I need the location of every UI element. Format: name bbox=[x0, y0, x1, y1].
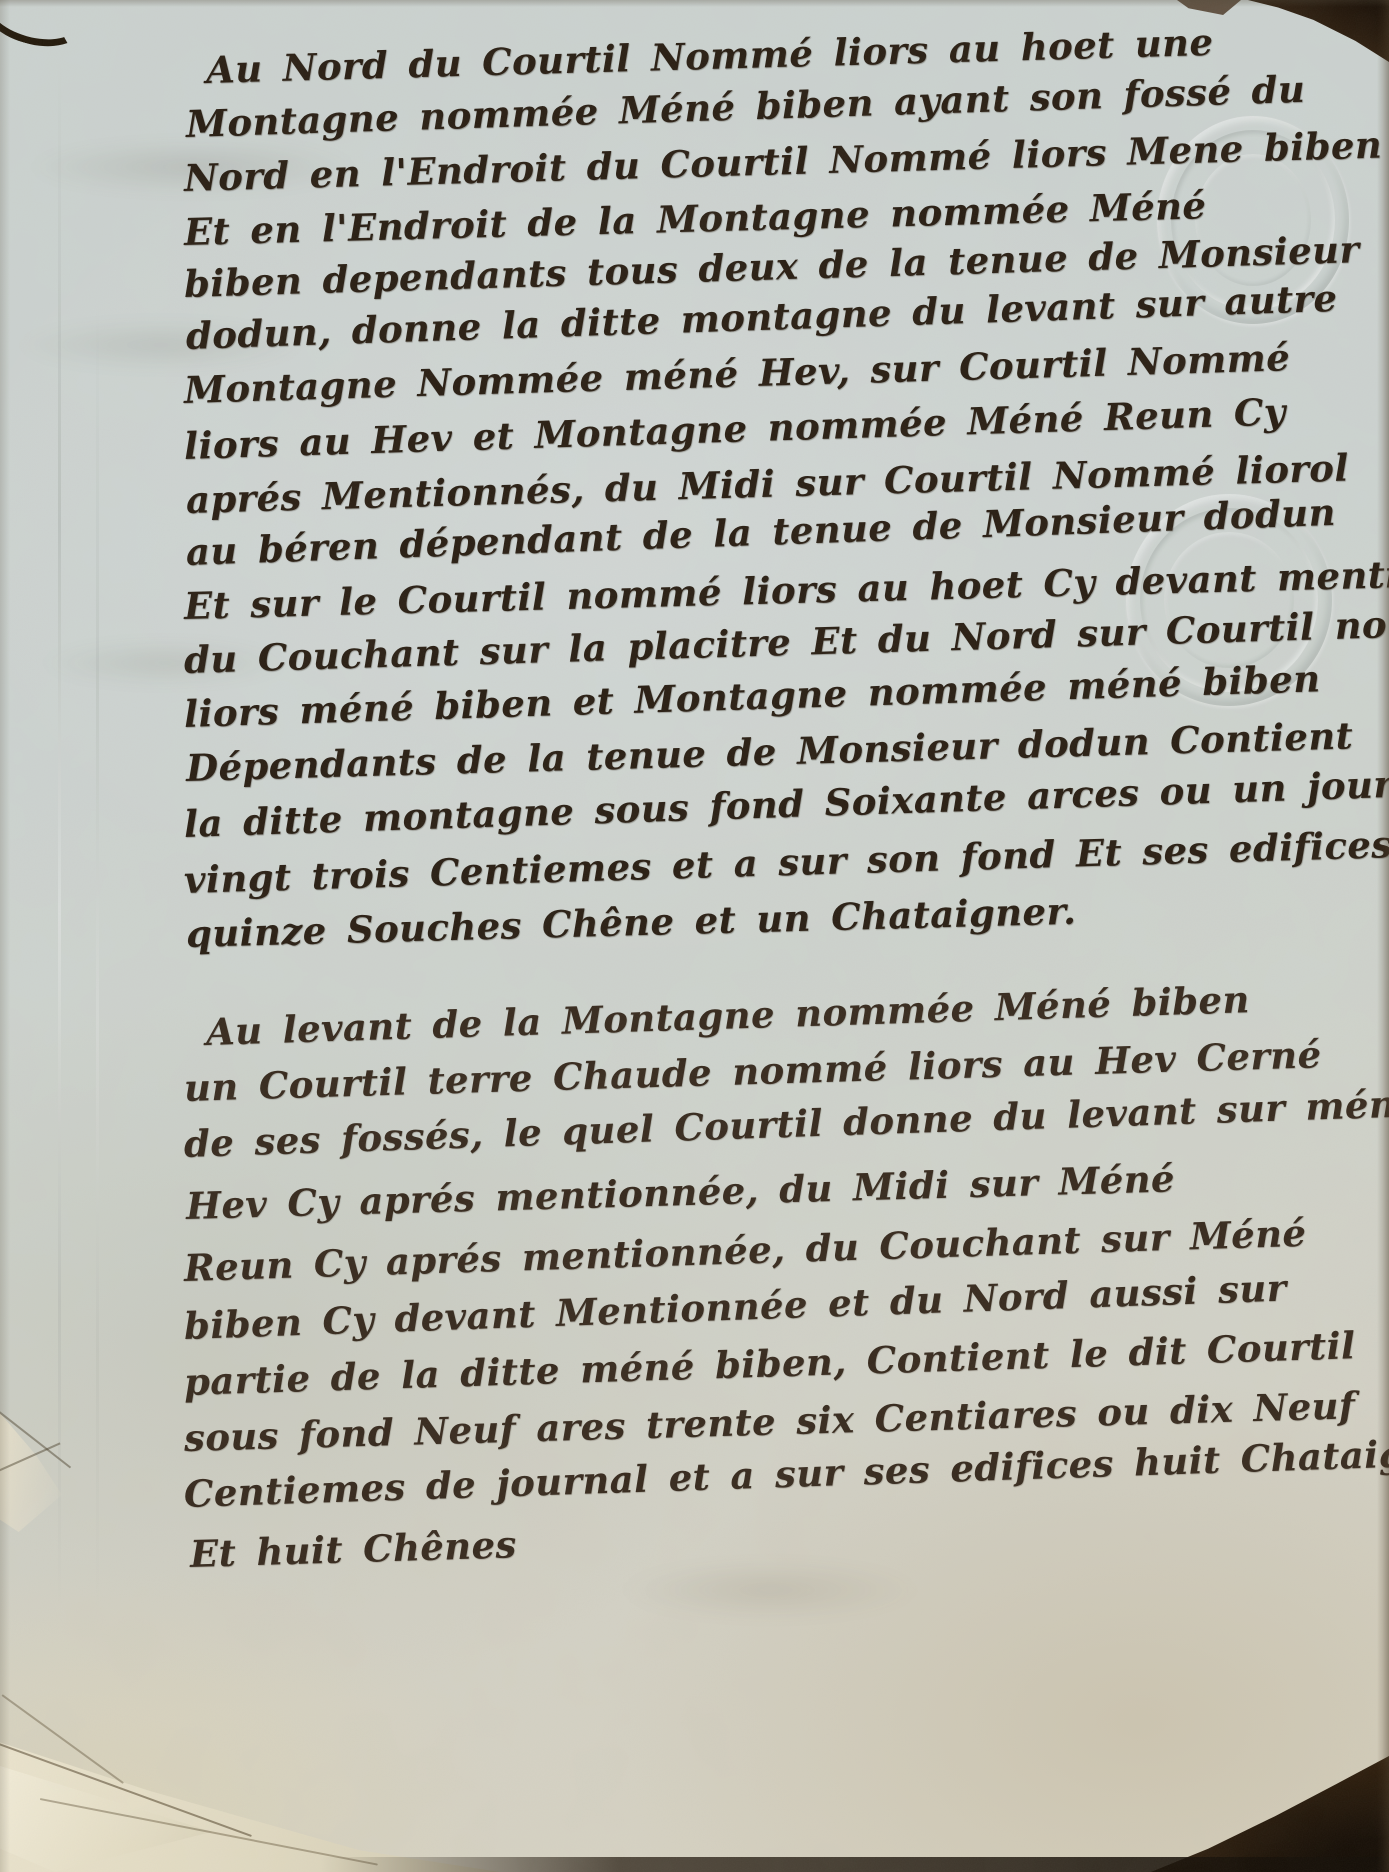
text-line: quinze Souches Chêne et un Chataigner. bbox=[186, 893, 1077, 953]
text-line: Et huit Chênes bbox=[189, 1526, 517, 1573]
stray-ink-mark bbox=[0, 0, 92, 57]
ink-bleedthrough-smudge bbox=[620, 1560, 920, 1620]
page-edge-shadow-top bbox=[0, 0, 1389, 7]
dark-backing-bottom-right bbox=[1151, 1756, 1389, 1872]
manuscript-page: Au Nord du Courtil Nommé liors au hoet u… bbox=[0, 0, 1389, 1872]
dark-backing-bottom-edge bbox=[320, 1857, 1389, 1872]
page-edge-shadow-left bbox=[0, 0, 10, 1872]
page-edge-shadow-right bbox=[1377, 0, 1389, 1872]
dark-backing-top-right bbox=[1221, 0, 1389, 62]
text-line: Hev Cy aprés mentionnée, du Midi sur Mén… bbox=[185, 1160, 1175, 1225]
paper-crease bbox=[58, 60, 61, 1612]
paper-crease bbox=[96, 300, 99, 1612]
